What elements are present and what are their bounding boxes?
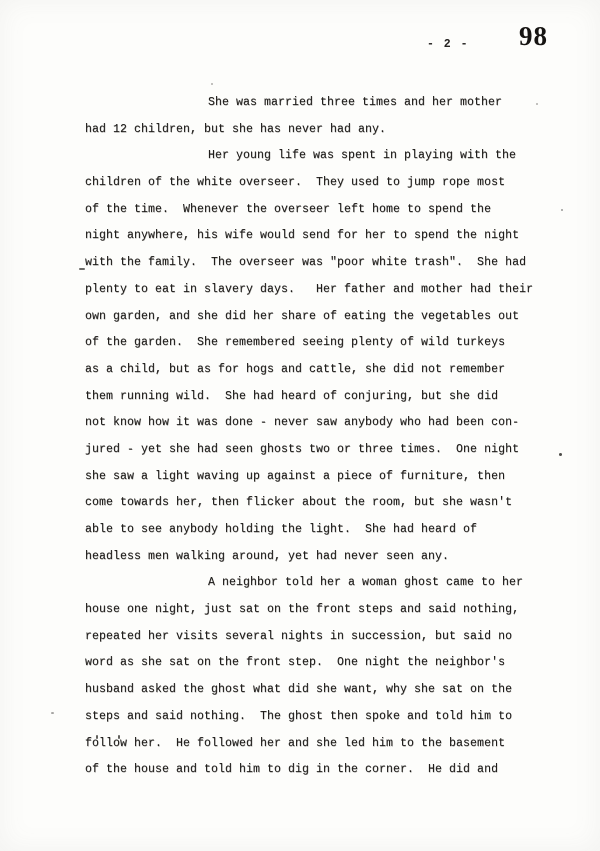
text-line: of the time. Whenever the overseer left … xyxy=(85,197,555,224)
text-line: steps and said nothing. The ghost then s… xyxy=(85,704,555,731)
text-line: headless men walking around, yet had nev… xyxy=(85,544,555,571)
text-line: follow her. He followed her and she led … xyxy=(85,731,555,758)
scan-speck xyxy=(211,83,213,85)
text-line: She was married three times and her moth… xyxy=(85,90,555,117)
document-body: She was married three times and her moth… xyxy=(85,90,555,784)
text-line: them running wild. She had heard of conj… xyxy=(85,384,555,411)
text-line: husband asked the ghost what did she wan… xyxy=(85,677,555,704)
text-line: own garden, and she did her share of eat… xyxy=(85,304,555,331)
text-line: come towards her, then flicker about the… xyxy=(85,490,555,517)
text-line: house one night, just sat on the front s… xyxy=(85,597,555,624)
text-line: A neighbor told her a woman ghost came t… xyxy=(85,570,555,597)
text-line: as a child, but as for hogs and cattle, … xyxy=(85,357,555,384)
text-line: word as she sat on the front step. One n… xyxy=(85,650,555,677)
scan-speck xyxy=(561,209,563,211)
scanned-document-page: - 2 - 98 She was married three times and… xyxy=(0,0,600,851)
text-line: jured - yet she had seen ghosts two or t… xyxy=(85,437,555,464)
text-line: Her young life was spent in playing with… xyxy=(85,143,555,170)
text-line: repeated her visits several nights in su… xyxy=(85,624,555,651)
paragraph: She was married three times and her moth… xyxy=(85,90,555,143)
scan-speck xyxy=(536,103,538,105)
text-line: plenty to eat in slavery days. Her fathe… xyxy=(85,277,555,304)
paragraph: Her young life was spent in playing with… xyxy=(85,143,555,570)
text-line: of the house and told him to dig in the … xyxy=(85,757,555,784)
scan-speck xyxy=(559,453,562,456)
scan-speck xyxy=(51,712,54,714)
text-line: not know how it was done - never saw any… xyxy=(85,410,555,437)
text-line: she saw a light waving up against a piec… xyxy=(85,464,555,491)
scan-speck xyxy=(96,735,98,739)
text-line: of the garden. She remembered seeing ple… xyxy=(85,330,555,357)
paragraph: A neighbor told her a woman ghost came t… xyxy=(85,570,555,784)
text-line: able to see anybody holding the light. S… xyxy=(85,517,555,544)
scan-speck xyxy=(79,268,85,270)
text-line: night anywhere, his wife would send for … xyxy=(85,223,555,250)
text-line: children of the white overseer. They use… xyxy=(85,170,555,197)
text-line: had 12 children, but she has never had a… xyxy=(85,117,555,144)
typed-page-label: - 2 - xyxy=(427,38,469,51)
text-line: with the family. The overseer was "poor … xyxy=(85,250,555,277)
scan-speck xyxy=(118,735,120,739)
printed-page-number: 98 xyxy=(519,21,548,52)
